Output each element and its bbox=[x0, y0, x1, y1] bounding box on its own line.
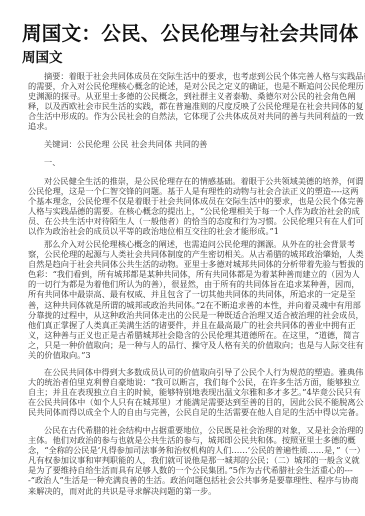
abstract-line: 摘要：着眼于社会共同体成员在交际生活中的要求，也考虑到公民个体完善人格与实践品德 bbox=[28, 71, 346, 81]
paragraph-line: 他们真正掌握了人类真正美满生活的诸要件，并且在最高最广的社会共同体的善业中拥有正 bbox=[28, 320, 346, 330]
paragraph-line: 个基本理念，公民伦理不仅是着眼于社会共同体成员在交际生活中的要求，也是公民个体完… bbox=[28, 196, 346, 206]
paragraph-line: 公民在古代希腊的社会结构中占据重要地位，公民既是社会治理的对象，又是社会治理的 bbox=[28, 425, 346, 435]
paragraph-line: 之，只是一种价值取向；是一种与人的品行、操守及人格有关的价值取向；也是与人际交往… bbox=[28, 340, 346, 350]
paragraph-line: -“政治人”生活是一种充满良善的生活。政治问题包括社会公共事务是要靠理性、程序与… bbox=[28, 475, 346, 485]
keywords: 关键词：公民伦理 公民 社会共同体 共同的善 bbox=[44, 139, 207, 150]
section-marker: 一、 bbox=[44, 157, 60, 168]
paragraph-line: 自主；并且在表现独立自主的时候，能够特别地表现出温文尔雅和多才多艺。”4毕竟公民… bbox=[28, 387, 346, 397]
paragraph-line: 凡有权参加议事和审判职能的人，我们就可说他是那一城邦的公民；（二）城邦的一般含义… bbox=[28, 455, 346, 465]
paragraph-2: 那么介入对公民伦理核心概念的阐述，也需追问公民伦理的渊源。从外在的社会背景考 察… bbox=[28, 239, 346, 360]
abstract-line: 合生活中形成的。作为公民社会的自然法，它体现了公共体成员对共同的善与共同利益的一… bbox=[28, 111, 346, 121]
paragraph-line: 那么介入对公民伦理核心概念的阐述，也需追问公民伦理的渊源。从外在的社会背景考 bbox=[28, 239, 346, 249]
paragraph-line: 来解决的，而对此的共识是寻求解决问题的第一步。 bbox=[28, 486, 346, 496]
paragraph-3: 在公民共同体中得到大多数成员认可的价值取向引导了公民个人行为规范的塑造。雅典伟 … bbox=[28, 367, 346, 417]
paragraph-line: 在公民共同体中得到大多数成员认可的价值取向引导了公民个人行为规范的塑造。雅典伟 bbox=[28, 367, 346, 377]
abstract-line: 追求。 bbox=[28, 121, 346, 131]
paragraph-line: 关的价值取向。”3 bbox=[28, 350, 346, 360]
paragraph-line: 员、在公共生活中对待陌生人（一般他者）的恰当的态度和行为习惯。公民伦理只有在人们… bbox=[28, 216, 346, 226]
document-title: 周国文：公民、公民伦理与社会共同体 bbox=[22, 18, 359, 46]
paragraph-line: 自然是趋向于社会共同体公共生活的动物。亚里士多德对城邦共同体的分析带着先验与暂拔… bbox=[28, 259, 346, 269]
paragraph-line: 义，这种善与正义也正是古希腊城邦社会隐含的公民伦理其道德所在。在这里，“道德，简… bbox=[28, 330, 346, 340]
paragraph-line: 是为了要维持自给生活而具有足够人数的一个公民集团。”5作为古代希腊社会生活重心的… bbox=[28, 465, 346, 475]
paragraph-line: 主体。他们对政治的参与也就是公共生活的参与，城邦即公民共和体。按照亚里士多德的概 bbox=[28, 435, 346, 445]
paragraph-line: 分靠拢的过程中，从这种政治共同体走出的公民是一种既适合治理又适合被治理的社会成员… bbox=[28, 310, 346, 320]
paragraph-line: 色彩：“我们看到，所有城邦都是某种共同体，所有共同体都是为着某种善而建立的（因为… bbox=[28, 269, 346, 279]
abstract-line: 的需要，介入对公民伦理核心概念的论述，是对公民之定义的确证，也是不断追问公民伦理… bbox=[28, 81, 346, 91]
paragraph-line: 的一切行为都是为着他们所认为的善），很显然，由于所有的共同体旨在追求某种善，因而… bbox=[28, 279, 346, 289]
paragraph-line: 对公民健全生活的推崇，是公民伦理存在的情感基础。着眼于公共领域美德的培养，何谓 bbox=[28, 176, 346, 186]
abstract-line: 史渊源的探寻。从亚里士多德的公民概念，到社群主义者泰勒、桑德尔对公民的社会角色阐 bbox=[28, 91, 346, 101]
document-author: 周国文 bbox=[22, 46, 63, 66]
paragraph-line: 在公民共同体中（如个人只有在城邦里）才能满足需要达到至善的目的，因此公民不能脱离… bbox=[28, 397, 346, 407]
paragraph-line: 察，公民伦理的起源与人类社会共同体制度的产生密切相关。从古希腊的城邦政治肇始，人… bbox=[28, 249, 346, 259]
abstract: 摘要：着眼于社会共同体成员在交际生活中的要求，也考虑到公民个体完善人格与实践品德… bbox=[28, 71, 346, 132]
paragraph-line: 以作为政治社会的成员以平等的政治地位相互交往的社会才能形成。”1 bbox=[28, 226, 346, 236]
paragraph-line: 念，“全称的公民是‘凡得参加司法事务和治权机构的人们……’公民的普遍性质……是，… bbox=[28, 445, 346, 455]
paragraph-line: 所有共同体中最崇高、最有权威、并且包含了一切其他共同体的共同体，所追求的一定是至 bbox=[28, 289, 346, 299]
abstract-line: 释，以及西欧社会市民生活的实践，都在普遍准则的尺度反映了公民伦理是在社会共同体的… bbox=[28, 101, 346, 111]
paragraph-line: 人格与实践品德的需要。在核心概念的提出上，“公民伦理相关于每一个人作为政治社会的… bbox=[28, 206, 346, 216]
paragraph-line: 大的统治者伯里克利曾自豪地说：“我可以断言，我们每个公民，在许多生活方面，能够独… bbox=[28, 377, 346, 387]
paragraph-line: 善，这种共同体就是所谓的城邦或政治共同体。”2在不断追求善的本性，并向着灵魂中有… bbox=[28, 300, 346, 310]
paragraph-1: 对公民健全生活的推崇，是公民伦理存在的情感基础。着眼于公共领域美德的培养，何谓 … bbox=[28, 176, 346, 237]
paragraph-line: 公民伦理，这是一个仁智交锋的问题。基于人是有理性的动物与社会合法正义的塑造---… bbox=[28, 186, 346, 196]
paragraph-line: 民共同体而得以成全个人的自由与完善，公民自足的生活需要在他人自足的生活中得以完备… bbox=[28, 407, 346, 417]
paragraph-4: 公民在古代希腊的社会结构中占据重要地位，公民既是社会治理的对象，又是社会治理的 … bbox=[28, 425, 346, 496]
